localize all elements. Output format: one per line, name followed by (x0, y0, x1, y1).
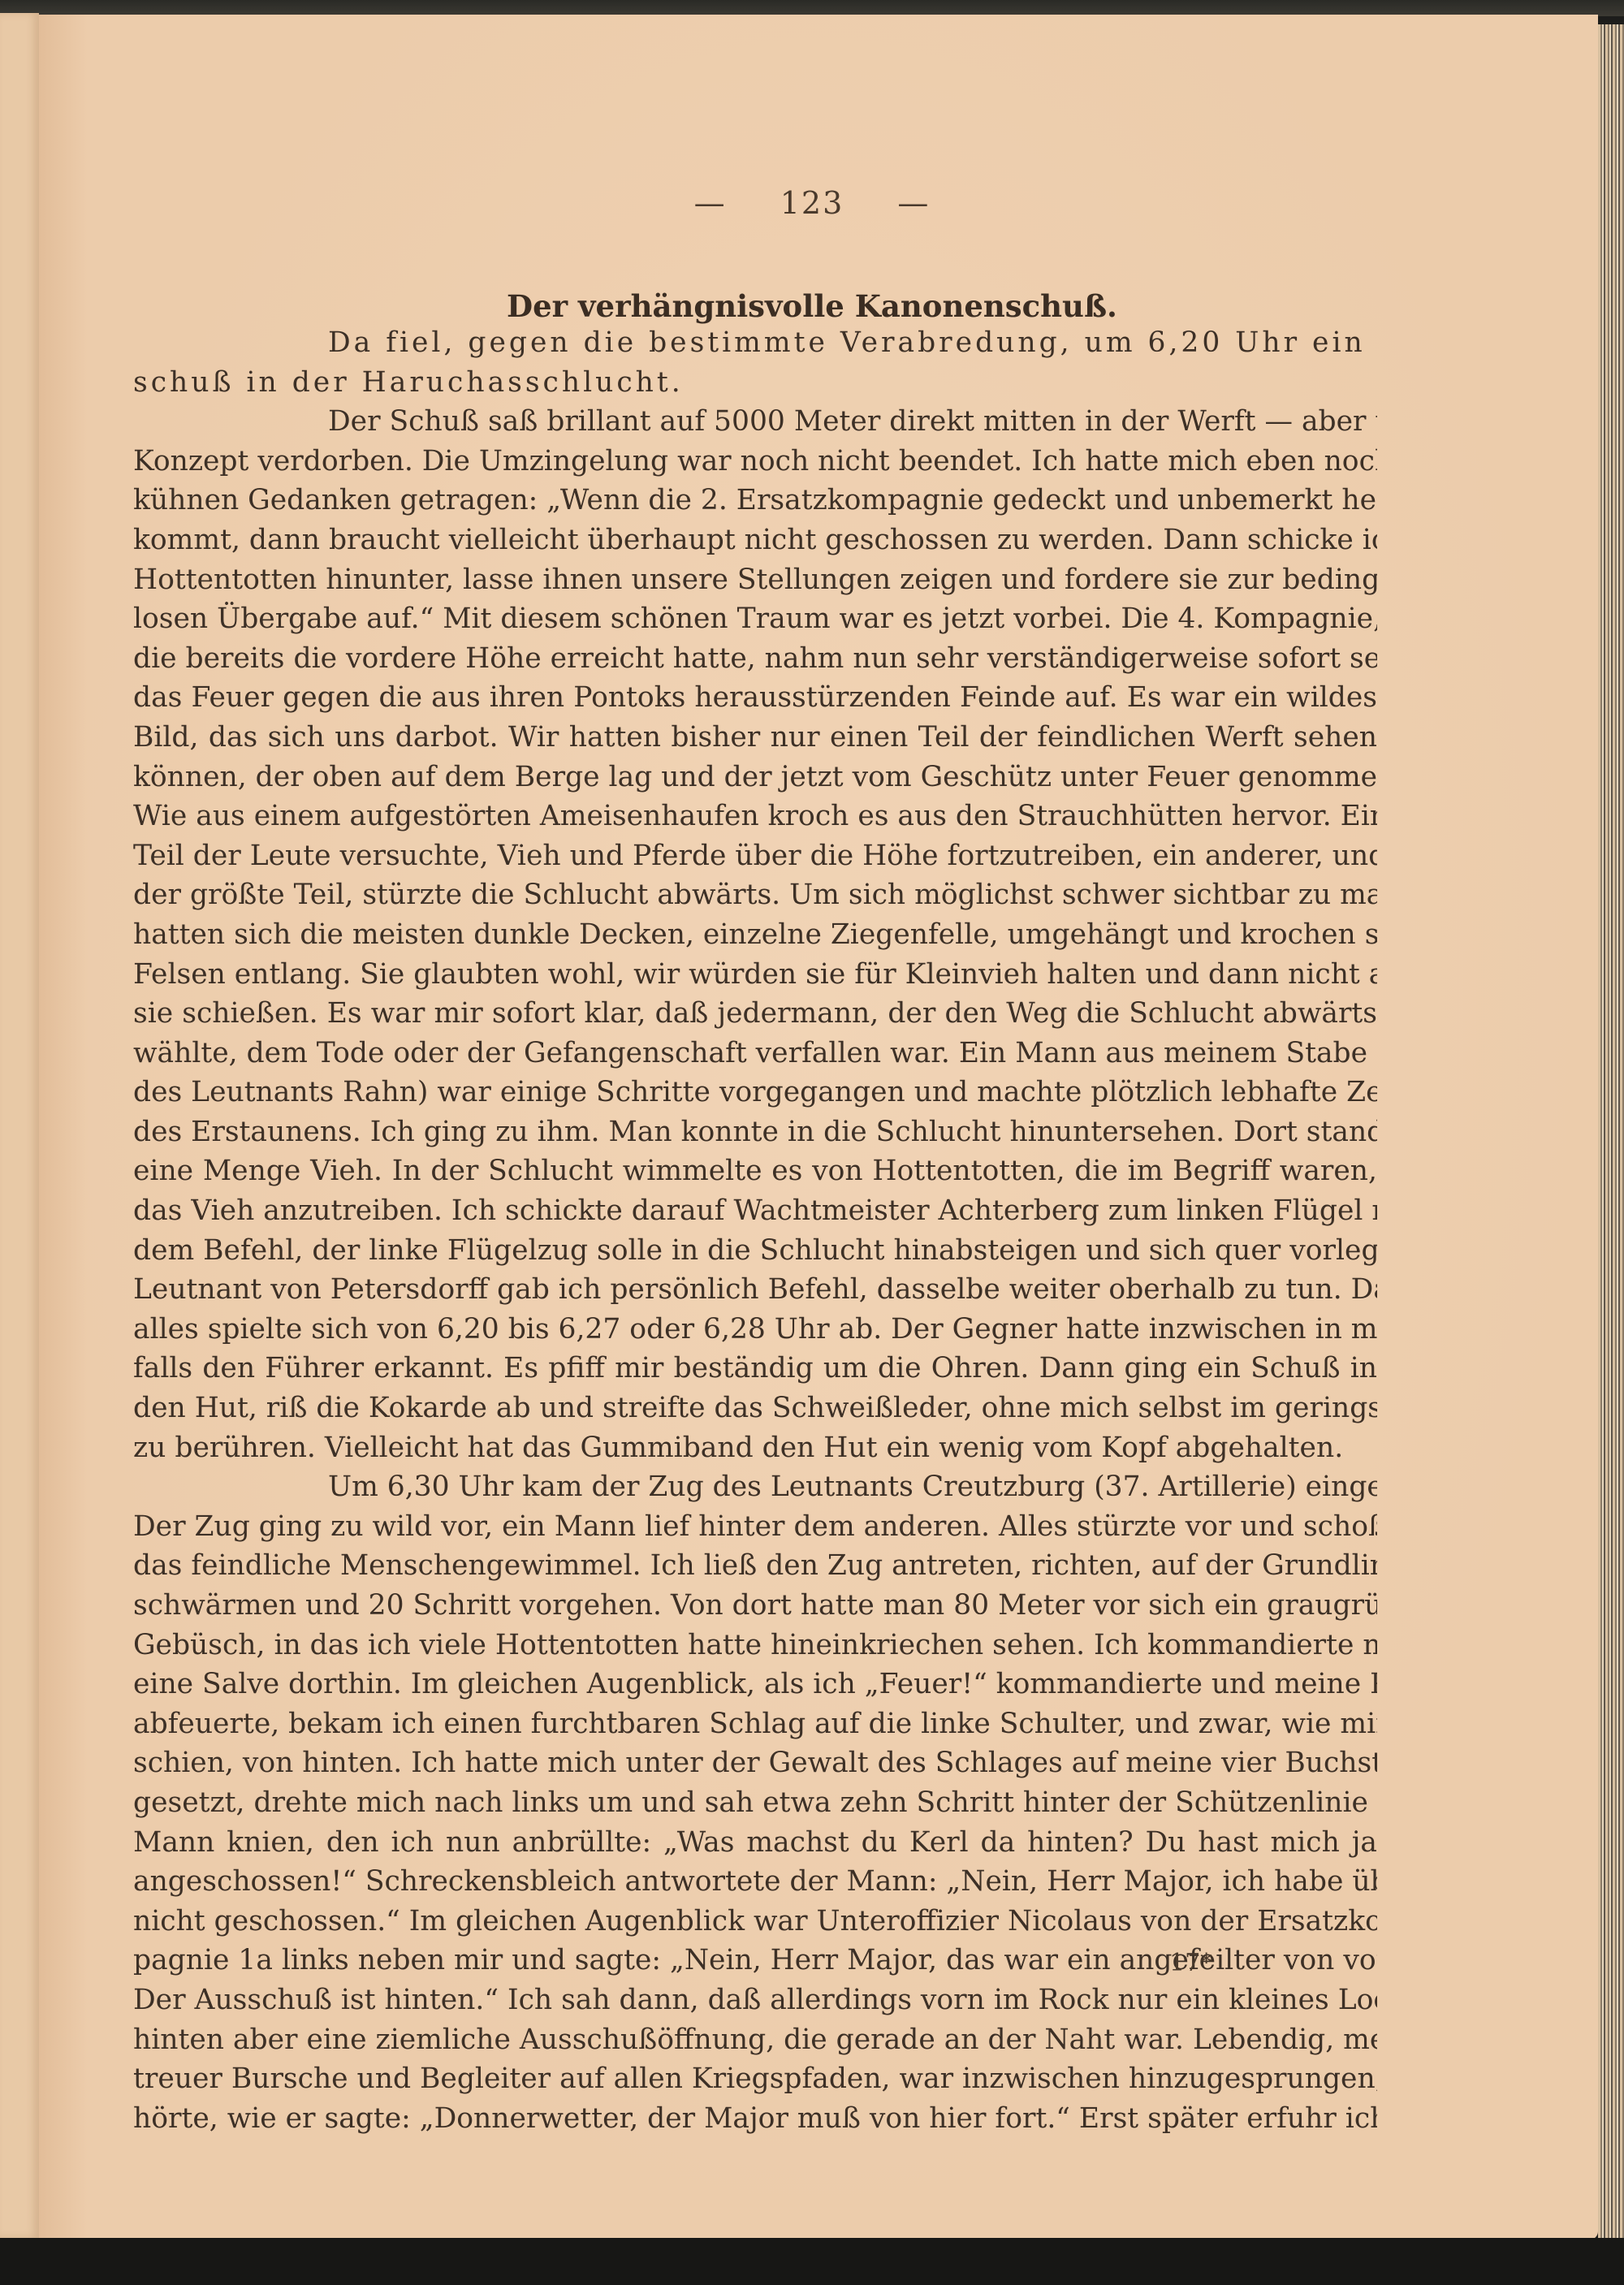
text-line: falls den Führer erkannt. Es pfiff mir b… (133, 1349, 1377, 1389)
paragraph: Der Schuß saß brillant auf 5000 Meter di… (133, 402, 1377, 1467)
text-line: kühnen Gedanken getragen: „Wenn die 2. E… (133, 481, 1377, 520)
section-title: Der verhängnisvolle Kanonenschuß. (0, 288, 1624, 324)
text-line: treuer Bursche und Begleiter auf allen K… (133, 2059, 1377, 2099)
text-line: Um 6,30 Uhr kam der Zug des Leutnants Cr… (133, 1467, 1377, 1507)
text-line: losen Übergabe auf.“ Mit diesem schönen … (133, 599, 1377, 639)
paragraph: Da fiel, gegen die bestimmte Verabredung… (133, 323, 1377, 402)
text-line: alles spielte sich von 6,20 bis 6,27 ode… (133, 1310, 1377, 1350)
signature-mark: 17* (1169, 1949, 1212, 1977)
text-line: Felsen entlang. Sie glaubten wohl, wir w… (133, 955, 1377, 995)
text-line: schwärmen und 20 Schritt vorgehen. Von d… (133, 1586, 1377, 1626)
text-line: den Hut, riß die Kokarde ab und streifte… (133, 1389, 1377, 1428)
text-line: hatten sich die meisten dunkle Decken, e… (133, 915, 1377, 955)
text-line: kommt, dann braucht vielleicht überhaupt… (133, 520, 1377, 560)
text-line: dem Befehl, der linke Flügelzug solle in… (133, 1231, 1377, 1271)
text-line: schuß in der Haruchasschlucht. (133, 363, 1377, 403)
text-line: hinten aber eine ziemliche Ausschußöffnu… (133, 2020, 1377, 2060)
text-line: Bild, das sich uns darbot. Wir hatten bi… (133, 718, 1377, 758)
text-line: angeschossen!“ Schreckensbleich antworte… (133, 1862, 1377, 1902)
scan-background-bottom (0, 2238, 1624, 2285)
text-line: der größte Teil, stürzte die Schlucht ab… (133, 875, 1377, 915)
text-line: Teil der Leute versuchte, Vieh und Pferd… (133, 836, 1377, 876)
text-line: können, der oben auf dem Berge lag und d… (133, 758, 1377, 797)
text-line: das feindliche Menschengewimmel. Ich lie… (133, 1546, 1377, 1586)
body-text: Da fiel, gegen die bestimmte Verabredung… (133, 323, 1377, 2138)
page-stack-edge (1598, 24, 1624, 2241)
text-line: Der Schuß saß brillant auf 5000 Meter di… (133, 402, 1377, 442)
scan-background-top (0, 0, 1624, 16)
text-line: das Vieh anzutreiben. Ich schickte darau… (133, 1191, 1377, 1231)
text-line: Der Ausschuß ist hinten.“ Ich sah dann, … (133, 1980, 1377, 2020)
text-line: Der Zug ging zu wild vor, ein Mann lief … (133, 1507, 1377, 1547)
text-line: Wie aus einem aufgestörten Ameisenhaufen… (133, 797, 1377, 836)
text-line: die bereits die vordere Höhe erreicht ha… (133, 639, 1377, 679)
text-line: das Feuer gegen die aus ihren Pontoks he… (133, 678, 1377, 718)
text-line: schien, von hinten. Ich hatte mich unter… (133, 1743, 1377, 1783)
text-line: des Leutnants Rahn) war einige Schritte … (133, 1073, 1377, 1112)
text-line: des Erstaunens. Ich ging zu ihm. Man kon… (133, 1112, 1377, 1152)
text-line: gesetzt, drehte mich nach links um und s… (133, 1783, 1377, 1823)
text-line: Leutnant von Petersdorff gab ich persönl… (133, 1270, 1377, 1310)
text-line: Gebüsch, in das ich viele Hottentotten h… (133, 1626, 1377, 1665)
text-line: zu berühren. Vielleicht hat das Gummiban… (133, 1428, 1377, 1468)
text-line: wählte, dem Tode oder der Gefangenschaft… (133, 1034, 1377, 1073)
running-head: — 123 — (0, 185, 1624, 221)
dash-left: — (694, 185, 727, 221)
text-line: nicht geschossen.“ Im gleichen Augenblic… (133, 1902, 1377, 1942)
text-line: abfeuerte, bekam ich einen furchtbaren S… (133, 1704, 1377, 1744)
text-line: eine Salve dorthin. Im gleichen Augenbli… (133, 1665, 1377, 1704)
paragraph: Um 6,30 Uhr kam der Zug des Leutnants Cr… (133, 1467, 1377, 2138)
previous-page-edge (0, 13, 39, 2238)
text-line: sie schießen. Es war mir sofort klar, da… (133, 994, 1377, 1034)
dash-right: — (897, 185, 930, 221)
text-line: Konzept verdorben. Die Umzingelung war n… (133, 442, 1377, 482)
page-number: 123 (780, 185, 844, 221)
text-line: eine Menge Vieh. In der Schlucht wimmelt… (133, 1151, 1377, 1191)
text-line: Mann knien, den ich nun anbrüllte: „Was … (133, 1823, 1377, 1863)
text-line: Hottentotten hinunter, lasse ihnen unser… (133, 560, 1377, 600)
text-line: Da fiel, gegen die bestimmte Verabredung… (133, 323, 1377, 363)
text-line: hörte, wie er sagte: „Donnerwetter, der … (133, 2099, 1377, 2139)
